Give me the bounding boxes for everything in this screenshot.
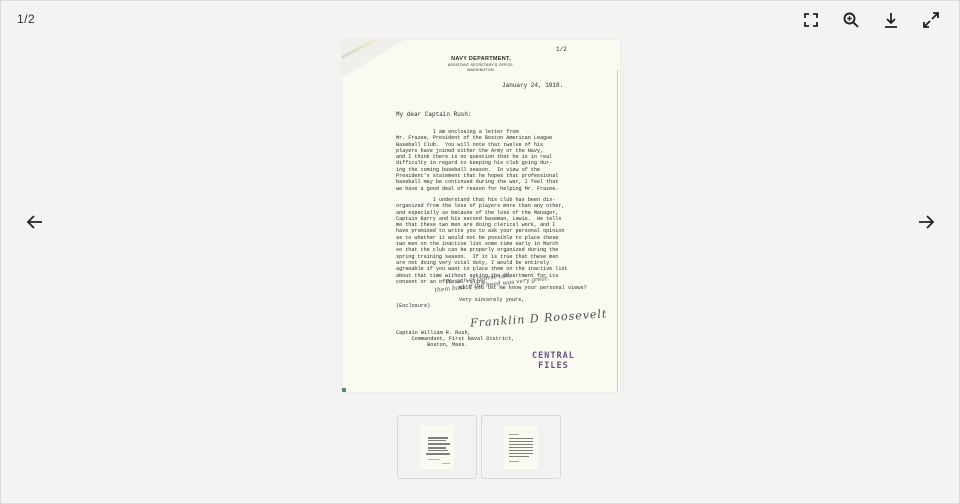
- fit-screen-icon: [802, 11, 820, 29]
- zoom-button[interactable]: [831, 7, 871, 33]
- arrow-left-icon: [25, 212, 45, 232]
- page-counter: 1/2: [17, 12, 35, 26]
- closing-request: Will you let me know your personal views…: [459, 285, 587, 291]
- central-files-stamp: CENTRAL FILES: [532, 352, 575, 371]
- stamp-line-2: FILES: [532, 362, 575, 372]
- previous-page-button[interactable]: [20, 207, 50, 237]
- paragraph-1: I am enclosing a letter from Mr. Frazee,…: [396, 129, 601, 192]
- salutation: My dear Captain Rush:: [396, 111, 472, 118]
- letterhead: NAVY DEPARTMENT, ASSISTANT SECRETARY'S O…: [342, 56, 620, 72]
- page-edge: [617, 70, 618, 392]
- fit-screen-button[interactable]: [791, 7, 831, 33]
- thumbnail-page-1[interactable]: [397, 415, 477, 479]
- expand-icon: [922, 11, 940, 29]
- download-icon: [882, 11, 900, 29]
- zoom-in-icon: [842, 11, 860, 29]
- scan-marker: [342, 388, 346, 392]
- letter-date: January 24, 1918.: [502, 82, 563, 89]
- enclosure-note: (Enclosure): [396, 303, 430, 309]
- viewer-toolbar: [791, 7, 951, 33]
- letterhead-office: ASSISTANT SECRETARY'S OFFICE,: [342, 63, 620, 67]
- letterhead-city: WASHINGTON.: [342, 68, 620, 72]
- download-button[interactable]: [871, 7, 911, 33]
- document-page[interactable]: 1/2 NAVY DEPARTMENT, ASSISTANT SECRETARY…: [342, 40, 620, 392]
- next-page-button[interactable]: [911, 207, 941, 237]
- closing: Very sincerely yours,: [459, 297, 524, 303]
- thumbnail-image: [420, 425, 454, 469]
- thumbnail-page-2[interactable]: [481, 415, 561, 479]
- addressee-block: Captain William R. Rush, Commandant, Fir…: [396, 330, 514, 348]
- fullscreen-button[interactable]: [911, 7, 951, 33]
- thumbnail-strip: [397, 415, 561, 479]
- signature: Franklin D Roosevelt: [470, 307, 608, 330]
- letterhead-title: NAVY DEPARTMENT,: [342, 56, 620, 62]
- arrow-right-icon: [916, 212, 936, 232]
- thumbnail-image: [504, 425, 538, 469]
- document-page-number: 1/2: [556, 46, 567, 53]
- paragraph-2: I understand that his club has been dis-…: [396, 197, 601, 285]
